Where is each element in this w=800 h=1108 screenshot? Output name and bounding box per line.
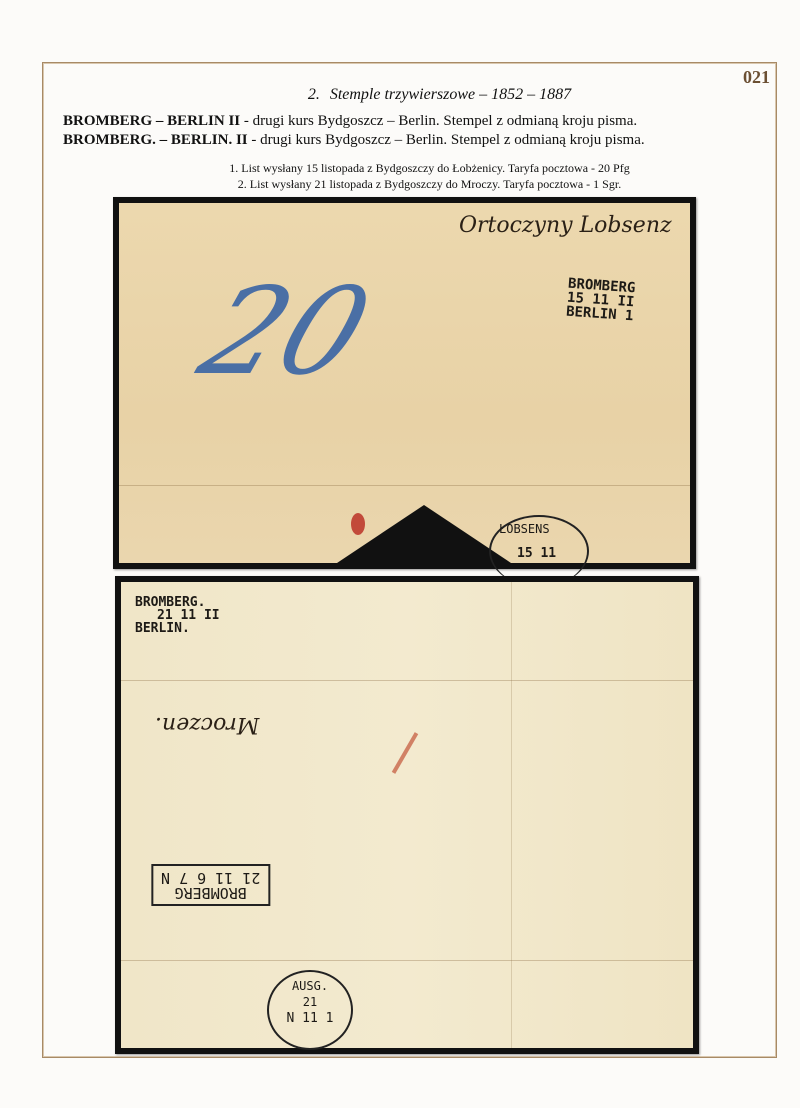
postmark-name-1: BROMBERG – BERLIN II xyxy=(63,113,240,129)
note-1: 1. List wysłany 15 listopada z Bydgoszcz… xyxy=(43,161,776,176)
postmark-line: BERLIN. xyxy=(135,622,220,635)
red-crayon-mark xyxy=(392,732,418,774)
wax-seal xyxy=(351,513,365,535)
arrival-stamp-line: N 11 1 xyxy=(269,1012,351,1025)
title-text: Stemple trzywierszowe – 1852 – 1887 xyxy=(330,86,571,103)
cover-2-paper: BROMBERG. 21 11 II BERLIN. Mroczen. BROM… xyxy=(121,582,693,1048)
cover-1-image: Ortoczyny Lobsenz 20 BROMBERG 15 11 II B… xyxy=(113,197,696,569)
cover-1-postmark: BROMBERG 15 11 II BERLIN 1 xyxy=(566,277,636,324)
cover-2-postmark: BROMBERG. 21 11 II BERLIN. xyxy=(135,596,220,635)
title-number: 2. xyxy=(308,86,320,103)
description-line-1: BROMBERG – BERLIN II - drugi kurs Bydgos… xyxy=(63,113,637,130)
note-2: 2. List wysłany 21 listopada z Bydgoszcz… xyxy=(43,177,776,192)
arrival-stamp-line: 21 xyxy=(269,996,351,1008)
arrival-stamp-line: AUSG. xyxy=(269,980,351,992)
page-title: 2.Stemple trzywierszowe – 1852 – 1887 xyxy=(43,86,776,104)
arrival-stamp-name: LOBSENS xyxy=(499,523,550,535)
description-text-2: - drugi kurs Bydgoszcz – Berlin. Stempel… xyxy=(248,132,645,148)
box-stamp-line: 21 11 6 7 N xyxy=(161,870,260,885)
postmark-line: BERLIN 1 xyxy=(566,305,634,324)
page-number: 021 xyxy=(743,67,770,88)
cover-1-address: Ortoczyny Lobsenz xyxy=(459,213,672,238)
postmark-name-2: BROMBERG. – BERLIN. II xyxy=(63,132,248,148)
cover-1-paper: Ortoczyny Lobsenz 20 BROMBERG 15 11 II B… xyxy=(119,203,690,563)
cover-2-arrival-stamp: AUSG. 21 N 11 1 xyxy=(267,970,353,1050)
arrival-stamp-date: 15 11 xyxy=(517,547,556,560)
description-text-1: - drugi kurs Bydgoszcz – Berlin. Stempel… xyxy=(240,113,637,129)
cover-1-rate-mark: 20 xyxy=(184,263,387,402)
box-stamp-line: BROMBERG xyxy=(161,885,260,900)
cover-2-box-stamp: BROMBERG 21 11 6 7 N xyxy=(151,864,270,906)
cover-2-image: BROMBERG. 21 11 II BERLIN. Mroczen. BROM… xyxy=(115,576,699,1054)
cover-2-inverted-address: Mroczen. xyxy=(155,712,259,737)
description-line-2: BROMBERG. – BERLIN. II - drugi kurs Bydg… xyxy=(63,132,645,149)
